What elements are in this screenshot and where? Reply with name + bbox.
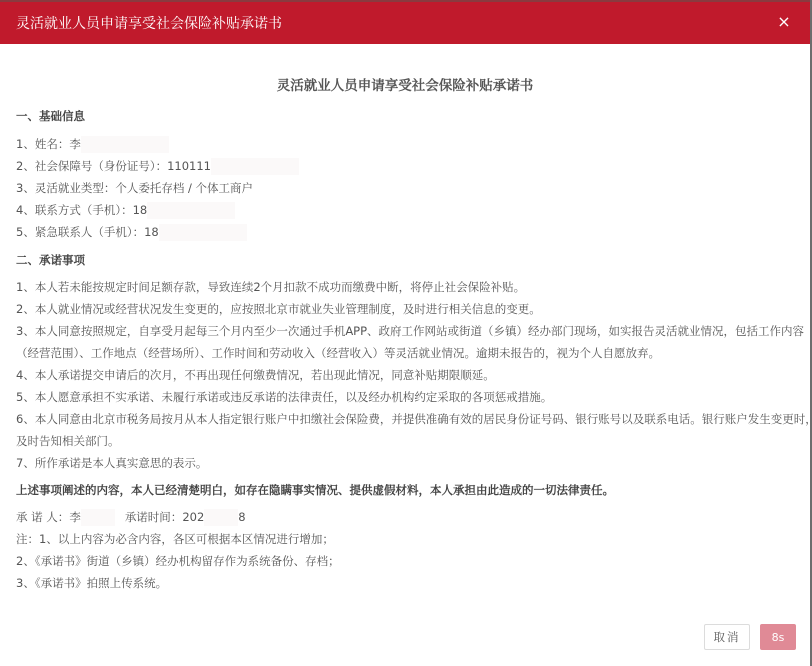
info-value: 个人委托存档 / 个体工商户 [115,181,253,195]
time-label: 承诺时间： [125,510,183,524]
commitment-dialog: 灵活就业人员申请享受社会保险补贴承诺书 × 灵活就业人员申请享受社会保险补贴承诺… [0,0,812,666]
commitment-item: 1、本人若未能按规定时间足额存款，导致连续2个月扣款不成功而缴费中断，将停止社会… [16,279,525,295]
promiser-label: 承 诺 人： [16,510,69,524]
document-title: 灵活就业人员申请享受社会保险补贴承诺书 [0,74,810,94]
info-label: 1、姓名： [16,137,69,151]
info-value: 18 [133,203,148,217]
commitment-item: 2、本人就业情况或经营状况发生变更的，应按照北京市就业失业管理制度，及时进行相关… [16,301,541,317]
commitment-item: 4、本人承诺提交申请后的次月，不再出现任何缴费情况，若出现此情况，同意补贴期限顺… [16,367,495,383]
info-name: 1、姓名：李 [16,136,169,153]
commitment-item: 3、本人同意按照规定，自享受月起每三个月内至少一次通过手机APP、政府工作网站或… [16,323,804,339]
section-heading-basic-info: 一、基础信息 [16,108,85,124]
cancel-button[interactable]: 取消 [704,624,750,650]
dialog-header: 灵活就业人员申请享受社会保险补贴承诺书 × [0,2,810,44]
info-label: 3、灵活就业类型： [16,181,115,195]
info-value: 18 [144,225,159,239]
section-heading-commitments: 二、承诺事项 [16,252,85,268]
time-value-end: 8 [238,510,245,524]
info-phone: 4、联系方式（手机）：18 [16,202,235,219]
redacted-area [159,224,247,241]
time-value-start: 202 [182,510,204,524]
promiser-value: 李 [69,510,81,524]
info-id-number: 2、社会保障号（身份证号）：110111 [16,158,299,175]
declaration: 上述事项阐述的内容，本人已经清楚明白，如存在隐瞒事实情况、提供虚假材料，本人承担… [16,482,614,498]
note-item: 3、《承诺书》拍照上传系统。 [16,575,167,591]
signature-line: 承 诺 人：李承诺时间：2028 [16,509,246,526]
close-icon[interactable]: × [774,12,794,32]
info-employment-type: 3、灵活就业类型：个人委托存档 / 个体工商户 [16,180,253,196]
note-item: 2、《承诺书》街道（乡镇）经办机构留存作为系统备份、存档； [16,553,340,569]
redacted-area [204,509,238,526]
info-label: 4、联系方式（手机）： [16,203,133,217]
commitment-item: 5、本人愿意承担不实承诺、未履行承诺或违反承诺的法律责任，以及经办机构约定采取的… [16,389,552,405]
commitment-item-continued: 及时告知相关部门。 [16,433,120,449]
info-emergency-contact: 5、紧急联系人（手机）：18 [16,224,247,241]
note-item: 注：1、以上内容为必含内容，各区可根据本区情况进行增加； [16,531,334,547]
info-label: 5、紧急联系人（手机）： [16,225,144,239]
commitment-item: 6、本人同意由北京市税务局按月从本人指定银行账户中扣缴社会保险费，并提供准确有效… [16,411,812,427]
redacted-area [211,158,299,175]
commitment-item: 7、所作承诺是本人真实意思的表示。 [16,455,207,471]
redacted-area [81,509,115,526]
info-value: 李 [69,137,81,151]
redacted-area [81,136,169,153]
commitment-item-continued: （经营范围）、工作地点（经营场所）、工作时间和劳动收入（经营收入）等灵活就业情况… [16,345,660,361]
dialog-title: 灵活就业人员申请享受社会保险补贴承诺书 [16,13,282,33]
redacted-area [147,202,235,219]
info-label: 2、社会保障号（身份证号）： [16,159,167,173]
info-value: 110111 [167,159,211,173]
dialog-footer: 取消 8s [704,624,796,650]
confirm-countdown-button[interactable]: 8s [760,624,796,650]
